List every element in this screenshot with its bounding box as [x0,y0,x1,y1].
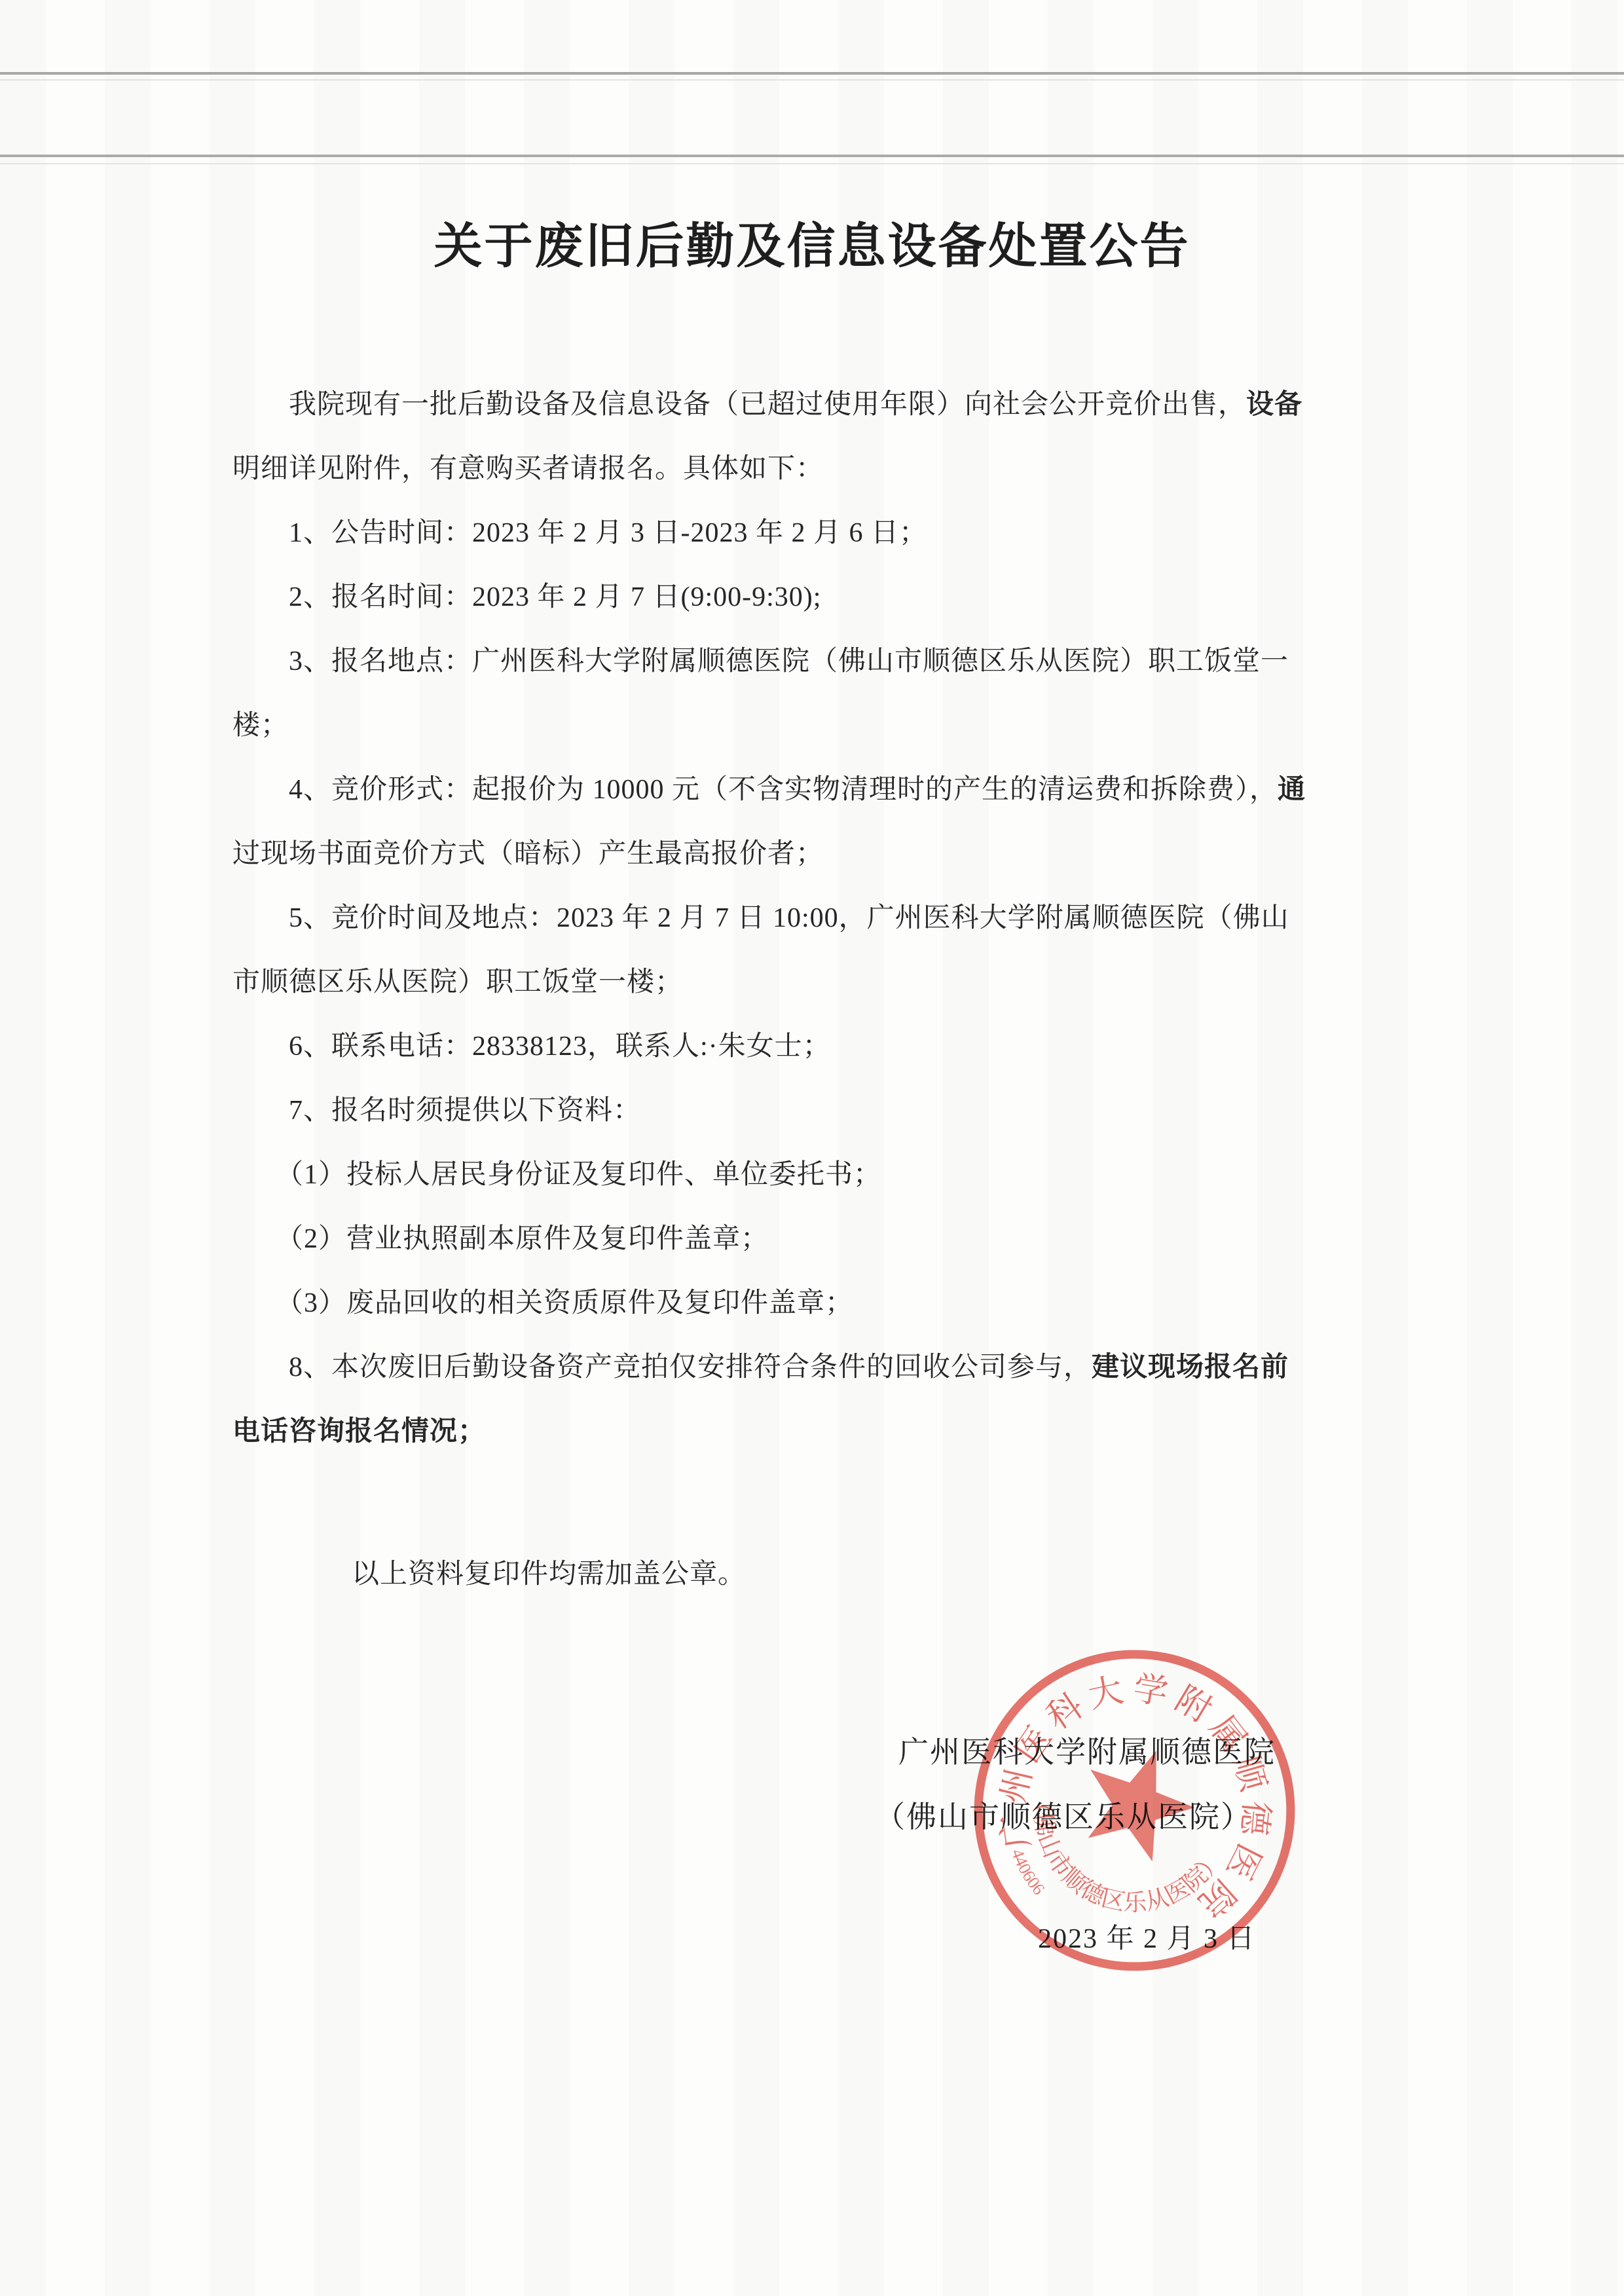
body-text: 我院现有一批后勤设备及信息设备（已超过使用年限）向社会公开竞价出售，设备明细详见… [232,373,1385,1606]
scan-artifact-rule-top [0,72,1624,75]
text-run-bold: 建议现场报名前 [1092,1352,1289,1382]
stamp-star-icon [1068,1731,1208,1868]
text-line: 楼； [232,694,1385,758]
text-run: 2、报名时间：2023 年 2 月 7 日(9:00-9:30); [289,582,821,612]
text-line: 电话咨询报名情况； [232,1399,1385,1464]
text-run: 8、本次废旧后勤设备资产竞拍仅安排符合条件的回收公司参与， [289,1352,1092,1382]
text-run: 市顺德区乐从医院）职工饭堂一楼； [232,967,683,997]
scan-artifact-rule-second [0,155,1624,157]
text-line: （1）投标人居民身份证及复印件、单位委托书； [232,1143,1385,1207]
text-line: （3）废品回收的相关资质原件及复印件盖章； [232,1271,1385,1335]
text-line: 市顺德区乐从医院）职工饭堂一楼； [232,950,1385,1014]
official-stamp-seal: 广州医科大学附属顺德医院 （佛山市顺德区乐从医院） 440606 [923,1599,1346,2022]
body-lines: 我院现有一批后勤设备及信息设备（已超过使用年限）向社会公开竞价出售，设备明细详见… [232,373,1385,1464]
text-run-bold: 设备 [1246,390,1302,420]
text-run: （3）废品回收的相关资质原件及复印件盖章； [276,1288,853,1318]
text-run: 5、竞价时间及地点：2023 年 2 月 7 日 10:00，广州医科大学附属顺… [289,903,1289,933]
text-line: 过现场书面竞价方式（暗标）产生最高报价者； [232,822,1385,886]
text-line: 3、报名地点：广州医科大学附属顺德医院（佛山市顺德区乐从医院）职工饭堂一 [232,629,1385,694]
text-run-bold: 电话咨询报名情况； [232,1416,486,1447]
closing-line: 以上资料复印件均需加盖公章。 [232,1542,1385,1606]
text-line: 8、本次废旧后勤设备资产竞拍仅安排符合条件的回收公司参与，建议现场报名前 [232,1335,1385,1399]
scan-artifact-rule-top-echo [0,79,1624,81]
text-run: 我院现有一批后勤设备及信息设备（已超过使用年限）向社会公开竞价出售， [289,390,1246,420]
text-run: （1）投标人居民身份证及复印件、单位委托书； [276,1160,881,1190]
text-line: 6、联系电话：28338123，联系人:·朱女士； [232,1014,1385,1079]
text-run: 明细详见附件，有意购买者请报名。具体如下： [232,454,824,484]
text-line: 7、报名时须提供以下资料： [232,1079,1385,1143]
document-page: 关于废旧后勤及信息设备处置公告 我院现有一批后勤设备及信息设备（已超过使用年限）… [0,0,1624,2296]
scan-artifact-rule-second-echo [0,163,1624,164]
text-line: （2）营业执照副本原件及复印件盖章； [232,1207,1385,1271]
text-line: 我院现有一批后勤设备及信息设备（已超过使用年限）向社会公开竞价出售，设备 [232,373,1385,437]
text-line: 1、公告时间：2023 年 2 月 3 日-2023 年 2 月 6 日； [232,501,1385,565]
text-run: 楼； [232,711,289,741]
text-line: 5、竞价时间及地点：2023 年 2 月 7 日 10:00，广州医科大学附属顺… [232,886,1385,950]
page-title: 关于废旧后勤及信息设备处置公告 [0,211,1624,283]
text-run: （2）营业执照副本原件及复印件盖章； [276,1224,769,1254]
text-run: 过现场书面竞价方式（暗标）产生最高报价者； [232,839,824,869]
text-line: 明细详见附件，有意购买者请报名。具体如下： [232,437,1385,501]
text-run: 6、联系电话：28338123，联系人:·朱女士； [289,1031,831,1062]
text-run: 1、公告时间：2023 年 2 月 3 日-2023 年 2 月 6 日； [289,518,927,548]
text-line: 2、报名时间：2023 年 2 月 7 日(9:00-9:30); [232,565,1385,629]
text-run-bold: 通 [1278,775,1306,805]
text-run: 7、报名时须提供以下资料： [289,1096,641,1126]
text-line: 4、竞价形式：起报价为 10000 元（不含实物清理时的产生的清运费和拆除费），… [232,758,1385,822]
text-run: 4、竞价形式：起报价为 10000 元（不含实物清理时的产生的清运费和拆除费）， [289,775,1278,805]
text-run: 3、报名地点：广州医科大学附属顺德医院（佛山市顺德区乐从医院）职工饭堂一 [289,646,1289,676]
